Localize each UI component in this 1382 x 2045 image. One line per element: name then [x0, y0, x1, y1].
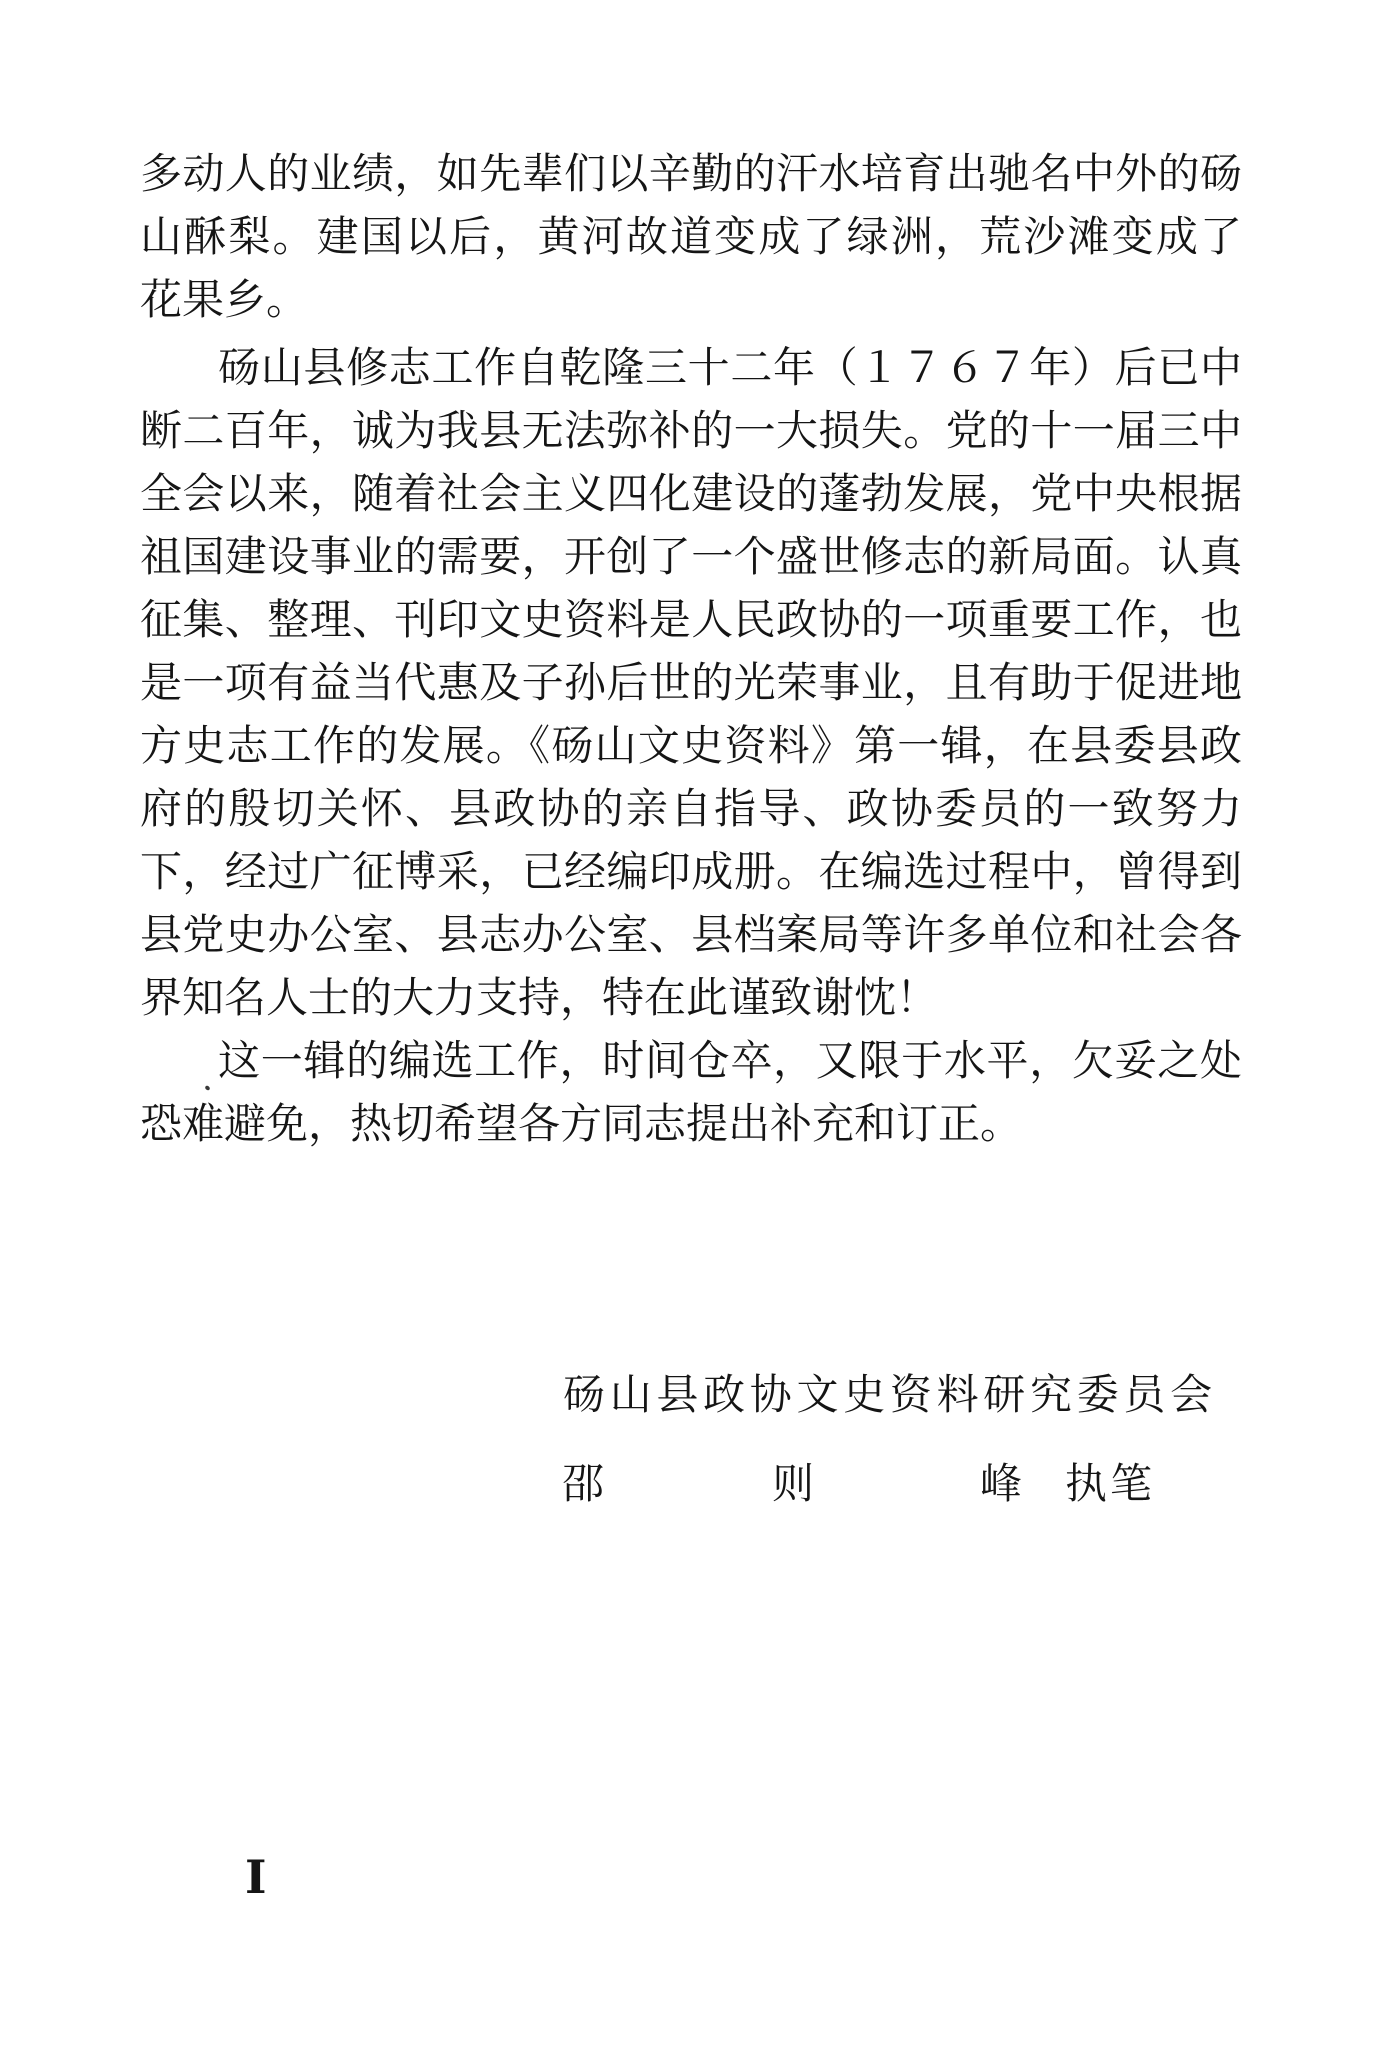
text-line: 下，经过广征博采，已经编印成册。在编选过程中，曾得到 [140, 840, 1242, 903]
signature-name-char: 峰 [980, 1463, 1022, 1505]
paragraph-2: 砀山县修志工作自乾隆三十二年（１７６７年）后已中 断二百年，诚为我县无法弥补的一… [140, 336, 1242, 1029]
text-line: 花果乡。 [140, 268, 1242, 331]
paragraph-3: 这一辑的编选工作，时间仓卒，又限于水平，欠妥之处 恐难避免，热切希望各方同志提出… [140, 1029, 1242, 1155]
text-line: 是一项有益当代惠及子孙后世的光荣事业，且有助于促进地 [140, 651, 1242, 714]
signature-name-char: 则 [772, 1463, 814, 1505]
paragraph-1: 多动人的业绩，如先辈们以辛勤的汗水培育出驰名中外的砀 山酥梨。建国以后，黄河故道… [140, 142, 1242, 331]
signature-name-char: 邵 [562, 1463, 604, 1505]
text-line: 多动人的业绩，如先辈们以辛勤的汗水培育出驰名中外的砀 [140, 142, 1242, 205]
page-number: I [245, 1854, 267, 1900]
text-line: 这一辑的编选工作，时间仓卒，又限于水平，欠妥之处 [140, 1029, 1242, 1092]
text-line: 断二百年，诚为我县无法弥补的一大损失。党的十一届三中 [140, 399, 1242, 462]
text-line: 祖国建设事业的需要，开创了一个盛世修志的新局面。认真 [140, 525, 1242, 588]
text-line: 山酥梨。建国以后，黄河故道变成了绿洲，荒沙滩变成了 [140, 205, 1242, 268]
text-line: 县党史办公室、县志办公室、县档案局等许多单位和社会各 [140, 903, 1242, 966]
text-line: 方史志工作的发展。《砀山文史资料》第一辑，在县委县政 [140, 714, 1242, 777]
text-line: 恐难避免，热切希望各方同志提出补充和订正。 [140, 1092, 1242, 1155]
scanned-document-page: 多动人的业绩，如先辈们以辛勤的汗水培育出驰名中外的砀 山酥梨。建国以后，黄河故道… [0, 0, 1382, 2045]
text-line: 府的殷切关怀、县政协的亲自指导、政协委员的一致努力 [140, 777, 1242, 840]
text-line: 砀山县修志工作自乾隆三十二年（１７６７年）后已中 [140, 336, 1242, 399]
text-line: 全会以来，随着社会主义四化建设的蓬勃发展，党中央根据 [140, 462, 1242, 525]
body-text: 多动人的业绩，如先辈们以辛勤的汗水培育出驰名中外的砀 山酥梨。建国以后，黄河故道… [140, 142, 1242, 1155]
signature-role-label: 执笔 [1065, 1463, 1155, 1505]
signature-committee: 砀山县政协文史资料研究委员会 [563, 1374, 1217, 1416]
text-line: 界知名人士的大力支持，特在此谨致谢忱！ [140, 966, 1242, 1029]
text-line: 征集、整理、刊印文史资料是人民政协的一项重要工作，也 [140, 588, 1242, 651]
